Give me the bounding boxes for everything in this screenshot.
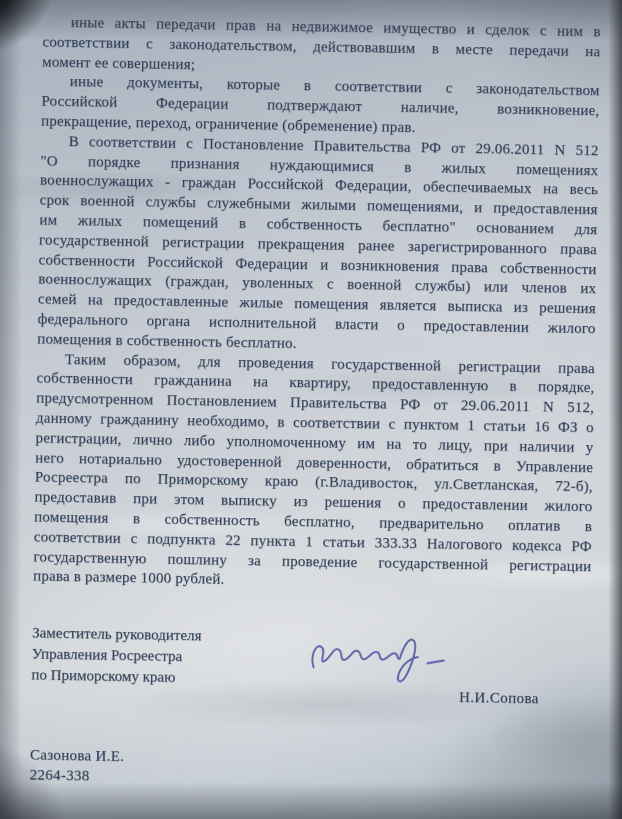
signature-block: Заместитель руководителя Управления Роср… <box>31 623 590 699</box>
letter-page: иные акты передачи прав на недвижимое им… <box>0 0 622 796</box>
paragraph: иные документы, которые в соответствии с… <box>41 73 600 142</box>
scanned-document-photo: иные акты передачи прав на недвижимое им… <box>0 0 622 819</box>
signer-name: Н.И.Сопова <box>459 690 539 708</box>
paragraph: Таким образом, для проведения государств… <box>33 350 595 597</box>
paragraph: иные акты передачи прав на недвижимое им… <box>42 13 601 82</box>
document-body: иные акты передачи прав на недвижимое им… <box>33 13 601 597</box>
executor-footer: Сазонова И.Е. 2264-338 <box>29 745 588 795</box>
paragraph: В соответствии с Постановление Правитель… <box>37 132 599 359</box>
handwritten-signature-icon <box>299 612 460 695</box>
